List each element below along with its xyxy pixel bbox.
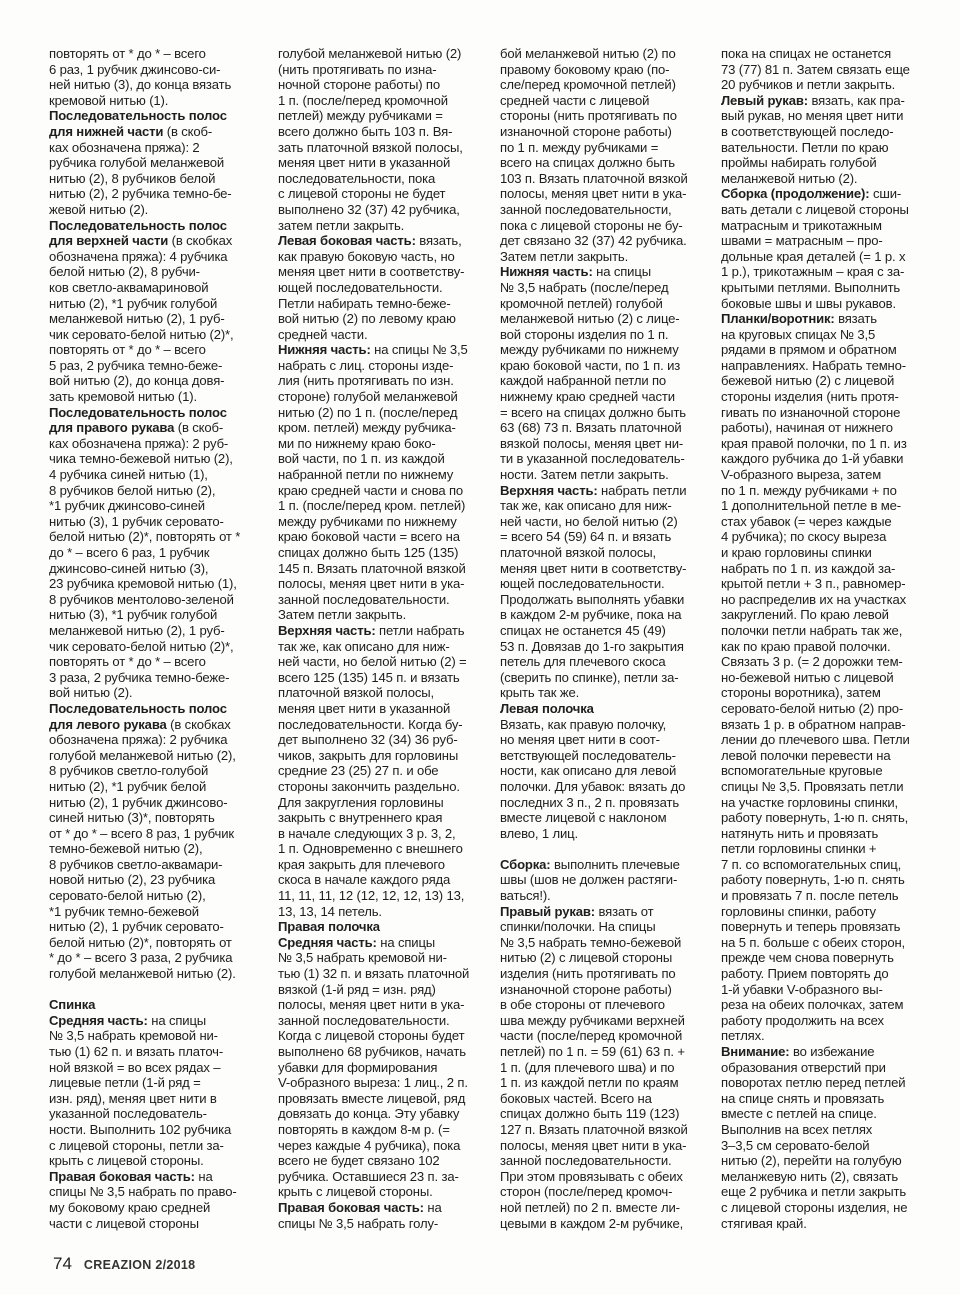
body-text: работу продолжить на всех [721,1013,884,1028]
body-text: 1 п. из каждой петли по краям [500,1075,678,1090]
text-line: цевыми в каждом 2-м рубчике, [500,1216,710,1232]
section-heading: Последовательность полос [49,701,227,716]
text-line: жевой нитью (2). [49,202,264,218]
body-text: зать платочной вязкой полосы, [278,140,463,155]
body-text: набранной петли по нижнему [278,467,453,482]
section-heading: Левый рукав: [721,93,808,108]
text-line: средние 23 (25) 27 п. и обе [278,763,486,779]
text-line: 3 раза, 2 рубчика темно-беже- [49,670,264,686]
body-text: 8 рубчиков светло-аквамари- [49,857,222,872]
text-line: реза на обеих полочках, затем [721,997,937,1013]
text-line: всего должно быть 103 п. Вя- [278,124,486,140]
body-text: крыть так же. [500,685,579,700]
body-text: петель для плечевого скоса [500,654,666,669]
text-line: *1 рубчик джинсово-синей [49,498,264,514]
body-text: полосы, меняя цвет нити в ука- [500,1138,686,1153]
body-text: работу. Прием повторять до [721,966,889,981]
text-line: последовательности. Когда бу- [278,717,486,733]
body-text: * до * – всего 3 раза, 2 рубчика [49,950,232,965]
text-line: лицевые петли (1-й ряд = [49,1075,264,1091]
text-line: нижнему краю средней части [500,389,710,405]
body-text: дет связано 32 (37) 42 рубчика. [500,233,687,248]
text-line: чиков, закрыть для горловины [278,748,486,764]
text-line: Продолжать выполнять убавки [500,592,710,608]
text-line: изделия (нить протягивать по [500,966,710,982]
body-text: рубчика голубой меланжевой [49,155,224,170]
body-text: синей нитью (3)*, повторять [49,810,215,825]
text-line: вязкой полосы, меняя цвет ни- [500,436,710,452]
heading-line: Верхняя часть: набрать петли [500,483,710,499]
body-text: до * – всего 6 раз, 1 рубчик [49,545,209,560]
body-text: рядами в прямом и обратном [721,342,897,357]
text-column-3: бой меланжевой нитью (2) поправому боков… [500,46,710,1231]
body-text: на круговых спицах № 3,5 [721,327,875,342]
body-text: нитью (2), *1 рубчик голубой [49,296,217,311]
body-text: голубой меланжевой нитью (2). [49,966,236,981]
body-text: (в скоб- [163,124,212,139]
body-text: нитью (2), 2 рубчика темно-бе- [49,186,232,201]
text-line: Затем петли закрыть. [278,607,486,623]
body-text: указанной последователь- [49,1106,207,1121]
body-text: нитью (2), 1 рубчик джинсово- [49,795,227,810]
text-line: набрать по 1 п. из каждой за- [721,561,937,577]
body-text: по 1 п. между рубчиками = [500,140,658,155]
section-heading: Правая полочка [278,919,380,934]
body-text: изнаночной стороне работы) [500,982,672,997]
text-line: вой части, по 1 п. из каждой [278,451,486,467]
body-text: всего должно быть 103 п. Вя- [278,124,452,139]
section-heading: Правая боковая часть: [278,1200,424,1215]
body-text: нитью (2), 8 рубчиков белой [49,171,215,186]
body-text: бежевой нитью (2) с лицевой [721,373,894,388]
body-text: белой нитью (2), 8 рубчи- [49,264,200,279]
text-line: от * до * – всего 8 раз, 1 рубчик [49,826,264,842]
body-text: всего не будет связано 102 [278,1153,439,1168]
text-line: ти в указанной последователь- [500,451,710,467]
body-text: (в скоб- [174,420,223,435]
section-heading: Правая боковая часть: [49,1169,195,1184]
body-text: серовато-белой нитью (2) про- [721,701,903,716]
body-text: сторон (после/перед кромоч- [500,1184,672,1199]
text-column-4: пока на спицах не останется73 (77) 81 п.… [721,46,937,1231]
text-line: стороны воротника), затем [721,685,937,701]
text-line: меняя цвет нити в соответству- [500,561,710,577]
text-line: вспомогательные круговые [721,763,937,779]
text-line: вой нитью (2). [49,685,264,701]
text-line: краю средней части и снова по [278,483,486,499]
body-text: меланжевой нитью (2), 1 руб- [49,311,225,326]
text-line: довязать до конца. Эту убавку [278,1106,486,1122]
body-text: 3 раза, 2 рубчика темно-беже- [49,670,229,685]
body-text: № 3,5 набрать кремовой ни- [49,1028,218,1043]
paragraph-gap [49,982,264,998]
body-text: но-бежевой нитью с лицевой [721,670,894,685]
text-line: меланжевой нитью (2), 1 руб- [49,311,264,327]
body-text: полосы, меняя цвет нити в ука- [500,186,686,201]
body-text: нитью (2) по 1 п. (после/перед [278,405,457,420]
body-text: занной последовательности. [278,1013,450,1028]
text-line: 63 (68) 73 п. Вязать платочной [500,420,710,436]
body-text: стороны закончить раздельно. [278,779,460,794]
text-line: 1-й убавки V-образного вы- [721,982,937,998]
text-line: как по краю правой полочки. [721,639,937,655]
text-line: края закрыть для плечевого [278,857,486,873]
text-line: ности, как описано для левой [500,763,710,779]
body-text: средние 23 (25) 27 п. и обе [278,763,438,778]
body-text: крытыми петлями. Выполнить [721,280,900,295]
text-line: ности. Затем петли закрыть. [500,467,710,483]
text-line: 1 дополнительной петле в ме- [721,498,937,514]
text-line: матрасным и трикотажным [721,218,937,234]
body-text: нитью (2), 1 рубчик серовато- [49,919,224,934]
body-text: ющей последовательности. [278,280,443,295]
body-text: чика темно-бежевой нитью (2), [49,451,233,466]
text-line: джинсово-синей нитью (3), [49,561,264,577]
body-text: бой меланжевой нитью (2) по [500,46,676,61]
section-heading: Верхняя часть: [500,483,598,498]
body-text: между рубчиками по нижнему [500,342,679,357]
text-line: на 5 п. больше с обеих сторон, [721,935,937,951]
body-text: платочной вязкой полосы, [278,685,434,700]
body-text: джинсово-синей нитью (3), [49,561,208,576]
body-text: Связать 3 р. (= 2 дорожки тем- [721,654,903,669]
text-line: повторять от * до * – всего [49,654,264,670]
text-line: стороне) голубой меланжевой [278,389,486,405]
text-line: крыть так же. [500,685,710,701]
body-text: правому боковому краю (по- [500,62,669,77]
body-text: Вязать, как правую полочку, [500,717,666,732]
body-text: матрасным и трикотажным [721,218,882,233]
text-line: спицах должно быть 125 (135) [278,545,486,561]
body-text: (нить протягивать по изна- [278,62,436,77]
section-heading: Правый рукав: [500,904,595,919]
text-line: пока на спицах не останется [721,46,937,62]
section-heading: для левого рукава [49,717,167,732]
text-line: спицы № 3,5. Провязать петли [721,779,937,795]
body-text: последних 3 п., 2 п. провязать [500,795,679,810]
text-line: ней части, но белой нитью (2) [500,514,710,530]
text-line: полосы, меняя цвет нити в ука- [500,1138,710,1154]
text-line: дет выполнено 32 (34) 36 руб- [278,732,486,748]
body-text: образования отверстий при [721,1060,886,1075]
body-text: крыть с лицевой стороны. [278,1184,433,1199]
section-heading: Верхняя часть: [278,623,376,638]
body-text: 1 дополнительной петле в ме- [721,498,901,513]
body-text: 1 р.), трикотажным – края с за- [721,264,904,279]
body-text: лия (нить протягивать по изн. [278,373,454,388]
body-text: набрать по 1 п. из каждой за- [721,561,895,576]
body-text: му боковому краю средней [49,1200,210,1215]
body-text: 145 п. Вязать платочной вязкой [278,561,466,576]
body-text: ности. Выполнить 102 рубчика [49,1122,231,1137]
heading-line: для левого рукава (в скобках [49,717,264,733]
body-text: петлей) по 1 п. = 59 (61) 63 п. + [500,1044,685,1059]
body-text: полочки. Для убавок: вязать до [500,779,685,794]
text-line: сторон (после/перед кромоч- [500,1184,710,1200]
text-line: средней части с лицевой [500,93,710,109]
body-text: занной последовательности, [500,202,672,217]
text-line: убавки для формирования [278,1060,486,1076]
body-text: вязать от [595,904,653,919]
heading-line: Внимание: во избежание [721,1044,937,1060]
body-text: направлениях. Набрать темно- [721,358,906,373]
body-text: провязать вместе лицевой, ряд [278,1091,465,1106]
text-line: но-бежевой нитью с лицевой [721,670,937,686]
body-text: изнаночной стороне работы) [500,124,672,139]
body-text: вой части, по 1 п. из каждой [278,451,445,466]
text-line: лия (нить протягивать по изн. [278,373,486,389]
section-heading: Нижняя часть: [500,264,593,279]
body-text: меняя цвет нити в указанной [278,155,450,170]
body-text: на [195,1169,213,1184]
text-line: между рубчиками по нижнему [278,514,486,530]
text-line: петель для плечевого скоса [500,654,710,670]
heading-line: Правая боковая часть: на [49,1169,264,1185]
text-line: в соответствующей последо- [721,124,937,140]
text-line: нитью (2), *1 рубчик белой [49,779,264,795]
body-text: ках обозначена пряжа): 2 [49,140,200,155]
body-text: Когда с лицевой стороны будет [278,1028,464,1043]
body-text: всего на спицах должно быть [500,155,675,170]
text-line: крыть с лицевой стороны. [49,1153,264,1169]
body-text: поворотах петлю перед петлей [721,1075,905,1090]
text-line: занной последовательности. [278,1013,486,1029]
body-text: кромочной петлей) голубой [500,296,663,311]
text-line: набранной петли по нижнему [278,467,486,483]
text-line: нитью (2) с лицевой стороны [500,950,710,966]
text-line: крыть с лицевой стороны. [278,1184,486,1200]
body-text: тью (1) 32 п. и вязать платочной [278,966,469,981]
text-line: 1 п. (для плечевого шва) и по [500,1060,710,1076]
body-text: Затем петли закрыть. [500,249,628,264]
text-line: ветствующей последователь- [500,748,710,764]
text-line: изнаночной стороне работы) [500,982,710,998]
body-text: ной вязкой = во всех рядах – [49,1060,220,1075]
text-line: горловины спинки, работу [721,904,937,920]
text-line: работы), начиная от нижнего [721,420,937,436]
text-line: петли горловины спинки + [721,841,937,857]
body-text: полочки петли набрать так же, [721,623,902,638]
text-line: Когда с лицевой стороны будет [278,1028,486,1044]
body-text: выполнено 32 (37) 42 рубчика, [278,202,460,217]
section-heading: Средняя часть: [49,1013,148,1028]
body-text: = всего 54 (59) 64 п. и вязать [500,529,671,544]
text-line: каждого рубчика до 1-й убавки [721,451,937,467]
body-text: с лицевой стороны, петли за- [49,1138,224,1153]
body-text: на участке горловины спинки, [721,795,898,810]
text-line: 11, 11, 11, 12 (12, 12, 12, 13) 13, [278,888,486,904]
body-text: через каждые 4 рубчика), пока [278,1138,460,1153]
body-text: ми по нижнему краю боко- [278,436,436,451]
text-line: указанной последователь- [49,1106,264,1122]
body-text: ней части, но белой нитью (2) = [278,654,467,669]
text-line: петлях. [721,1028,937,1044]
body-text: ваться!). [500,888,551,903]
body-text: серовато-белой нитью (2), [49,888,206,903]
body-text: меланжевой нитью (2), 1 руб- [49,623,225,638]
body-text: чиков, закрыть для горловины [278,748,458,763]
heading-line: Последовательность полос [49,405,264,421]
text-line: краю боковой части, по 1 п. из [500,358,710,374]
text-line: петлей) между рубчиками = [278,108,486,124]
body-text: боковых частей. Всего на [500,1091,652,1106]
body-text: между рубчиками по нижнему [278,514,457,529]
text-line: стороны изделия (нить протя- [721,389,937,405]
text-line: № 3,5 набрать темно-бежевой [500,935,710,951]
body-text: 3–3,5 см серовато-белой [721,1138,869,1153]
text-line: кромочной петлей) голубой [500,296,710,312]
body-text: петли набрать [376,623,465,638]
body-text: жевой нитью (2). [49,202,148,217]
text-line: всего не будет связано 102 [278,1153,486,1169]
body-text: края закрыть для плечевого [278,857,445,872]
page-number: 74 [53,1254,72,1274]
body-text: на спицы [148,1013,206,1028]
text-line: через каждые 4 рубчика), пока [278,1138,486,1154]
body-text: меланжевой нитью (2) с лице- [500,311,679,326]
body-text: = всего на спицах должно быть [500,405,686,420]
body-text: края правой полочки, по 1 п. из [721,436,907,451]
text-line: боковых частей. Всего на [500,1091,710,1107]
text-line: всего на спицах должно быть [500,155,710,171]
text-line: Для закругления горловины [278,795,486,811]
text-line: краю боковой части = всего на [278,529,486,545]
body-text: нижнему краю средней части [500,389,675,404]
body-text: V-образного выреза: 1 лиц., 2 п. [278,1075,468,1090]
body-text: 20 рубчиков и петли закрыть. [721,77,895,92]
text-line: выполнено 68 рубчиков, начать [278,1044,486,1060]
body-text: в соответствующей последо- [721,124,893,139]
body-text: от * до * – всего 8 раз, 1 рубчик [49,826,234,841]
text-line: стягивая край. [721,1216,937,1232]
body-text: сле/перед кромочной петлей) [500,77,676,92]
text-line: повторять от * до * – всего [49,342,264,358]
text-line: стороны закончить раздельно. [278,779,486,795]
text-line: 5 раз, 2 рубчика темно-беже- [49,358,264,374]
text-line: меланжевой нитью (2). [721,171,937,187]
body-text: средней части с лицевой [500,93,649,108]
text-line: * до * – всего 3 раза, 2 рубчика [49,950,264,966]
body-text: пока с лицевой стороны не бу- [500,218,683,233]
body-text: 7 п. со вспомогательных спиц, [721,857,901,872]
section-heading: Сборка (продолжение): [721,186,869,201]
text-line: нитью (2), 8 рубчиков белой [49,171,264,187]
text-line: бежевой нитью (2) с лицевой [721,373,937,389]
section-heading: Последовательность полос [49,405,227,420]
body-text: вой стороны изделия по 1 п. [500,327,668,342]
text-line: кром. петлей) между рубчика- [278,420,486,436]
body-text: швы (шов не должен растяги- [500,872,677,887]
body-text: петли горловины спинки + [721,841,876,856]
body-text: и краю горловины спинки [721,545,872,560]
section-heading: Левая полочка [500,701,594,716]
text-line: 3–3,5 см серовато-белой [721,1138,937,1154]
text-line: работу повернуть, 1-ю п. снять [721,872,937,888]
text-line: 20 рубчиков и петли закрыть. [721,77,937,93]
body-text: так же, как описано для ниж- [278,639,450,654]
text-line: *1 рубчик темно-бежевой [49,904,264,920]
body-text: 1-й убавки V-образного вы- [721,982,883,997]
text-line: каждой набранной петли по [500,373,710,389]
body-text: работы), начиная от нижнего [721,420,893,435]
heading-line: Последовательность полос [49,218,264,234]
text-line: голубой меланжевой нитью (2) [278,46,486,62]
text-line: полосы, меняя цвет нити в ука- [500,186,710,202]
text-line: 1 п. (после/перед кром. петлей) [278,498,486,514]
text-column-2: голубой меланжевой нитью (2)(нить протяг… [278,46,486,1231]
body-text: повернуть и теперь провязать [721,919,900,934]
text-line: изнаночной стороне работы) [500,124,710,140]
text-line: меланжевой нитью (2), 1 руб- [49,623,264,639]
body-text: вязкой полосы, меняя цвет ни- [500,436,683,451]
body-text: 4 рубчика синей нитью (1), [49,467,208,482]
text-line: вместе лицевой с наклоном [500,810,710,826]
text-line: тью (1) 62 п. и вязать платоч- [49,1044,264,1060]
heading-line: Правая полочка [278,919,486,935]
text-line: V-образного выреза, затем [721,467,937,483]
body-text: 1 п. Одновременно с внешнего [278,841,463,856]
text-line: занной последовательности, [500,202,710,218]
body-text: 1 п. (для плечевого шва) и по [500,1060,674,1075]
text-line: обозначена пряжа): 4 рубчика [49,249,264,265]
text-line: серовато-белой нитью (2), [49,888,264,904]
body-text: влево, 1 лиц. [500,826,578,841]
body-text: *1 рубчик джинсово-синей [49,498,205,513]
body-text: ности, как описано для левой [500,763,676,778]
body-text: спицах должно быть 125 (135) [278,545,458,560]
body-text: выполнить плечевые [551,857,680,872]
text-line: затем петли закрыть. [278,218,486,234]
body-text: № 3,5 набрать (после/перед [500,280,669,295]
body-text: как по краю правой полочки. [721,639,890,654]
body-text: с лицевой стороны не будет [278,186,445,201]
body-text: ти в указанной последователь- [500,451,685,466]
heading-line: Средняя часть: на спицы [278,935,486,951]
text-line: стах убавок (= через каждые [721,514,937,530]
text-line: нитью (3), 1 рубчик серовато- [49,514,264,530]
body-text: Продолжать выполнять убавки [500,592,684,607]
text-line: направлениях. Набрать темно- [721,358,937,374]
text-line: меланжевой нитью (2) с лице- [500,311,710,327]
body-text: нитью (2), *1 рубчик белой [49,779,206,794]
page-footer: 74 CREAZION 2/2018 [53,1254,195,1274]
body-text: вспомогательные круговые [721,763,882,778]
text-line: полосы, меняя цвет нити в ука- [278,997,486,1013]
text-line: всего 125 (135) 145 п. и вязать [278,670,486,686]
body-text: спицы № 3,5 набрать по право- [49,1184,237,1199]
section-heading: Последовательность полос [49,218,227,233]
text-line: меняя цвет нити в указанной [278,701,486,717]
body-text: меняя цвет нити в указанной [278,701,450,716]
text-line: 127 п. Вязать платочной вязкой [500,1122,710,1138]
body-text: петлей) между рубчиками = [278,108,443,123]
paragraph-gap [500,841,710,857]
body-text: *1 рубчик темно-бежевой [49,904,199,919]
text-line: № 3,5 набрать кремовой ни- [278,950,486,966]
body-text: тью (1) 62 п. и вязать платоч- [49,1044,223,1059]
body-text: ках обозначена пряжа): 2 руб- [49,436,228,451]
text-line: ной петлей) по 2 п. вместе ли- [500,1200,710,1216]
body-text: спицы № 3,5 набрать голу- [278,1216,438,1231]
body-text: на спицы [377,935,435,950]
text-line: но меняя цвет нити в соот- [500,732,710,748]
body-text: ющей последовательности. [500,576,665,591]
text-line: ках обозначена пряжа): 2 [49,140,264,156]
text-line: нитью (3), *1 рубчик голубой [49,607,264,623]
body-text: крыть с лицевой стороны. [49,1153,204,1168]
body-text: темно-бежевой нитью (2), [49,841,202,856]
body-text: спицах должно быть 119 (123) [500,1106,679,1121]
